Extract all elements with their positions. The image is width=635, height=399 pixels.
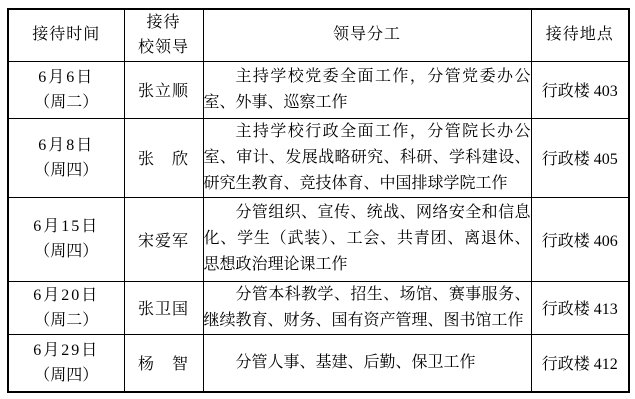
header-receiving-leader-line1: 接待: [125, 10, 203, 35]
header-receiving-leader: 接待 校领导: [124, 9, 203, 61]
cell-location: 行政楼 406: [531, 197, 629, 281]
cell-date: 6月20日 （周二）: [8, 281, 124, 334]
date-text: 6月29日: [9, 338, 124, 363]
cell-leader-name: 张卫国: [124, 281, 203, 334]
table-row: 6月20日 （周二） 张卫国 分管本科教学、招生、场馆、赛事服务、继续教育、财务…: [8, 281, 629, 334]
table-row: 6月15日 （周四） 宋爱军 分管组织、宣传、统战、网络安全和信息化、学生（武装…: [8, 197, 629, 281]
table-row: 6月6日 （周二） 张立顺 主持学校党委全面工作，分管党委办公室、外事、巡察工作…: [8, 61, 629, 118]
header-reception-location: 接待地点: [531, 9, 629, 61]
cell-duties: 主持学校行政全面工作，分管院长办公室、审计、发展战略研究、科研、学科建设、研究生…: [203, 118, 531, 197]
cell-location: 行政楼 403: [531, 61, 629, 118]
cell-location: 行政楼 412: [531, 334, 629, 392]
cell-leader-name: 张 欣: [124, 118, 203, 197]
header-receiving-leader-line2: 校领导: [125, 35, 203, 60]
date-text: 6月8日: [9, 133, 124, 158]
reception-schedule-table: 接待时间 接待 校领导 领导分工 接待地点 6月6日 （周二） 张立顺 主持学校…: [7, 8, 630, 393]
date-text: 6月20日: [9, 283, 124, 308]
cell-location: 行政楼 405: [531, 118, 629, 197]
weekday-text: （周四）: [9, 158, 124, 183]
cell-date: 6月15日 （周四）: [8, 197, 124, 281]
table-row: 6月29日 （周四） 杨 智 分管人事、基建、后勤、保卫工作 行政楼 412: [8, 334, 629, 392]
weekday-text: （周四）: [9, 363, 124, 388]
cell-duties: 主持学校党委全面工作，分管党委办公室、外事、巡察工作: [203, 61, 531, 118]
table-row: 6月8日 （周四） 张 欣 主持学校行政全面工作，分管院长办公室、审计、发展战略…: [8, 118, 629, 197]
cell-date: 6月29日 （周四）: [8, 334, 124, 392]
cell-duties: 分管人事、基建、后勤、保卫工作: [203, 334, 531, 392]
cell-duties: 分管本科教学、招生、场馆、赛事服务、继续教育、财务、国有资产管理、图书馆工作: [203, 281, 531, 334]
cell-location: 行政楼 413: [531, 281, 629, 334]
cell-date: 6月6日 （周二）: [8, 61, 124, 118]
weekday-text: （周二）: [9, 308, 124, 333]
weekday-text: （周四）: [9, 239, 124, 264]
header-leader-duties: 领导分工: [203, 9, 531, 61]
date-text: 6月15日: [9, 214, 124, 239]
cell-duties: 分管组织、宣传、统战、网络安全和信息化、学生（武装）、工会、共青团、离退休、思想…: [203, 197, 531, 281]
cell-leader-name: 宋爱军: [124, 197, 203, 281]
header-reception-time: 接待时间: [8, 9, 124, 61]
weekday-text: （周二）: [9, 90, 124, 115]
date-text: 6月6日: [9, 65, 124, 90]
table-header-row: 接待时间 接待 校领导 领导分工 接待地点: [8, 9, 629, 61]
cell-leader-name: 杨 智: [124, 334, 203, 392]
cell-date: 6月8日 （周四）: [8, 118, 124, 197]
cell-leader-name: 张立顺: [124, 61, 203, 118]
